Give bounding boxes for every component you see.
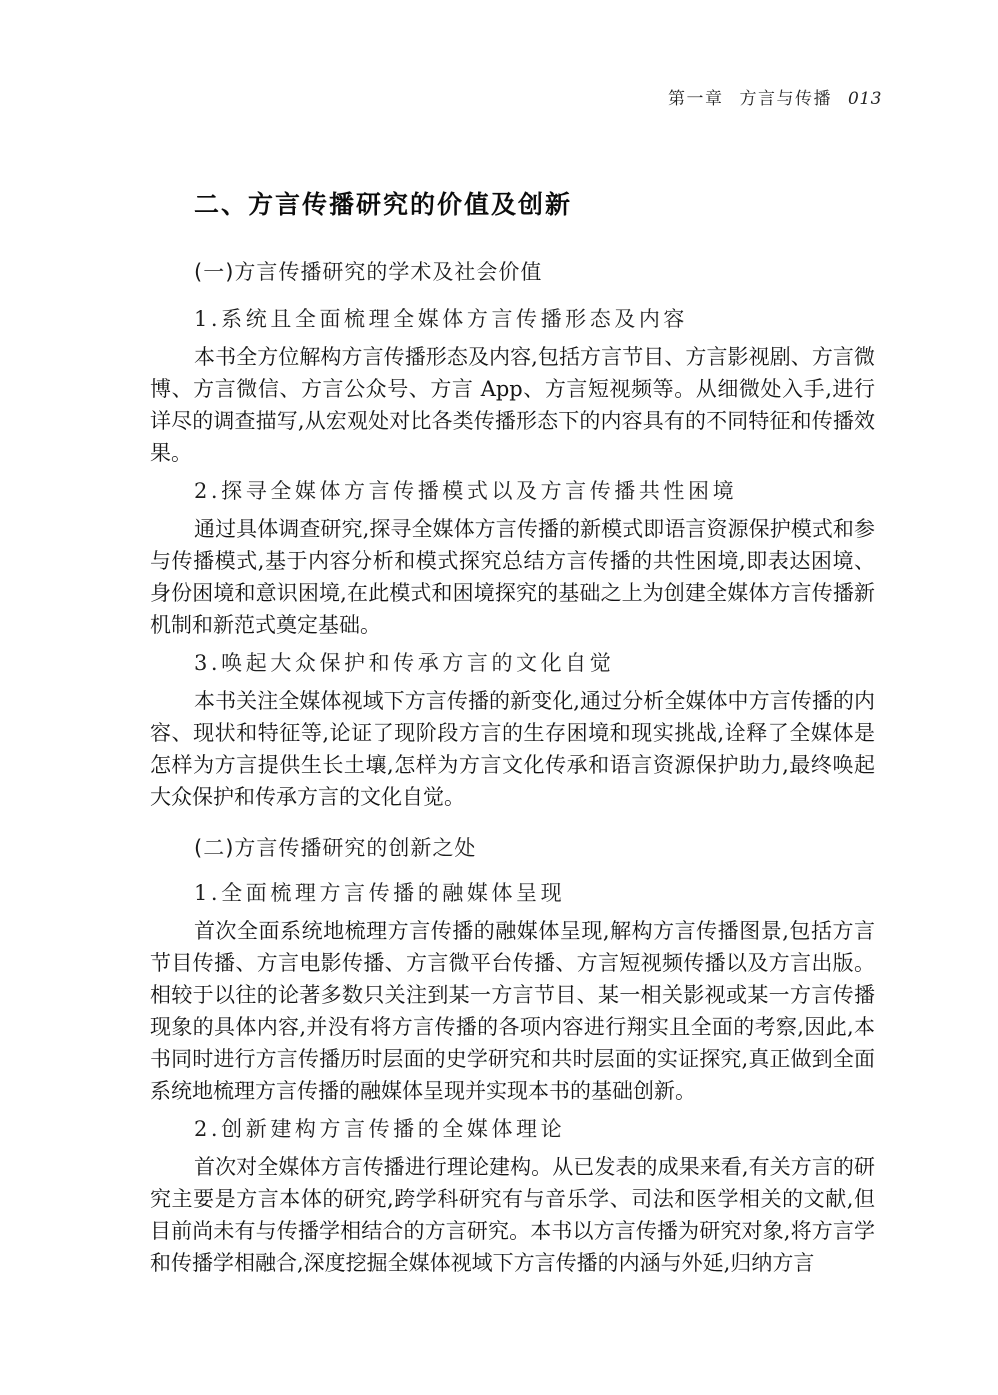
body-paragraph: 本书全方位解构方言传播形态及内容,包括方言节目、方言影视剧、方言微博、方言微信、… [150, 341, 875, 469]
subsection-1-body: 1.系统且全面梳理全媒体方言传播形态及内容 本书全方位解构方言传播形态及内容,包… [150, 303, 875, 813]
subsection-heading-2: (二)方言传播研究的创新之处 [194, 837, 875, 859]
numbered-subheading: 1.全面梳理方言传播的融媒体呈现 [150, 877, 875, 909]
body-paragraph: 通过具体调查研究,探寻全媒体方言传播的新模式即语言资源保护模式和参与传播模式,基… [150, 513, 875, 641]
book-page: 第一章方言与传播013 二、方言传播研究的价值及创新 (一)方言传播研究的学术及… [0, 0, 998, 1395]
numbered-subheading: 2.探寻全媒体方言传播模式以及方言传播共性困境 [150, 475, 875, 507]
numbered-subheading: 2.创新建构方言传播的全媒体理论 [150, 1113, 875, 1145]
body-paragraph: 首次对全媒体方言传播进行理论建构。从已发表的成果来看,有关方言的研究主要是方言本… [150, 1151, 875, 1279]
body-paragraph: 首次全面系统地梳理方言传播的融媒体呈现,解构方言传播图景,包括方言节目传播、方言… [150, 915, 875, 1107]
subsection-2-body: 1.全面梳理方言传播的融媒体呈现 首次全面系统地梳理方言传播的融媒体呈现,解构方… [150, 877, 875, 1279]
body-paragraph: 本书关注全媒体视域下方言传播的新变化,通过分析全媒体中方言传播的内容、现状和特征… [150, 685, 875, 813]
page-content: 二、方言传播研究的价值及创新 (一)方言传播研究的学术及社会价值 1.系统且全面… [150, 0, 875, 1279]
section-title: 二、方言传播研究的价值及创新 [150, 0, 875, 219]
numbered-subheading: 3.唤起大众保护和传承方言的文化自觉 [150, 647, 875, 679]
subsection-heading-1: (一)方言传播研究的学术及社会价值 [194, 261, 875, 283]
numbered-subheading: 1.系统且全面梳理全媒体方言传播形态及内容 [150, 303, 875, 335]
